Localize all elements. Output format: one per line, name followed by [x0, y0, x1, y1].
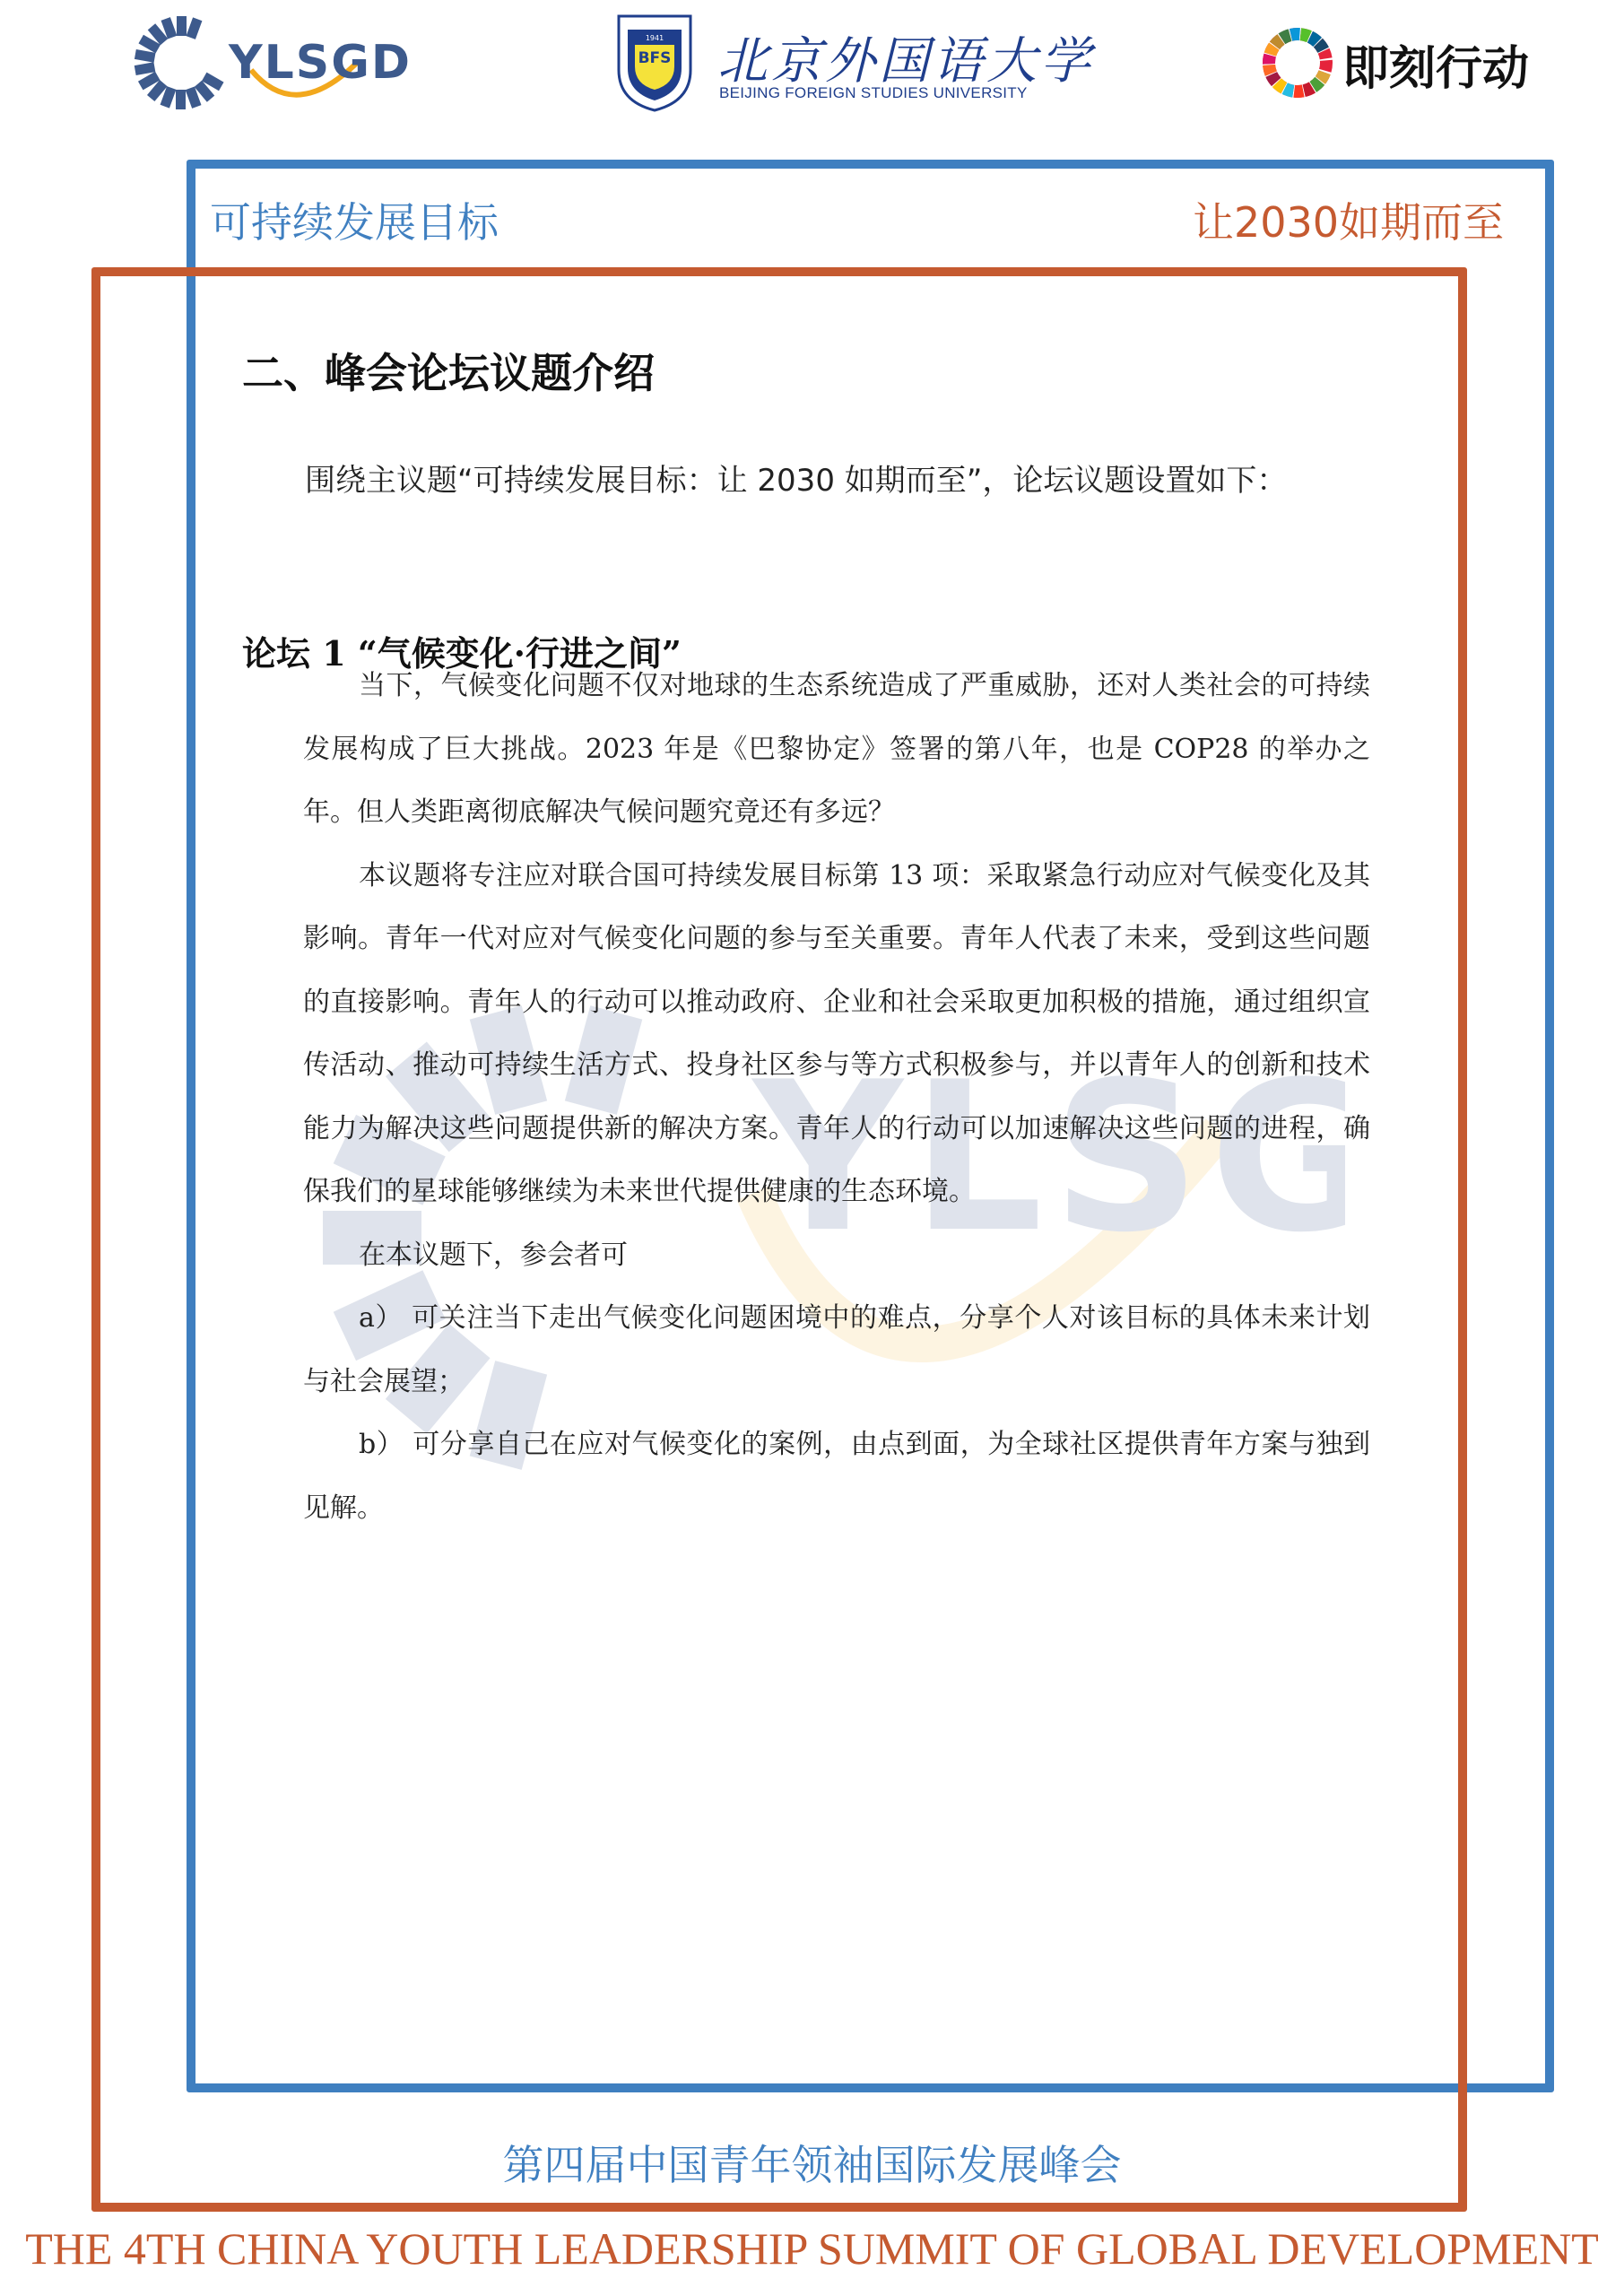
footer-title-en: THE 4TH CHINA YOUTH LEADERSHIP SUMMIT OF… — [0, 2222, 1624, 2274]
paragraph: 在本议题下，参会者可 — [303, 1224, 1370, 1288]
section-title: 二、峰会论坛议题介绍 — [242, 341, 655, 400]
intro-text: 围绕主议题“可持续发展目标：让 2030 如期而至”，论坛议题设置如下： — [305, 456, 1287, 500]
2030-tagline: 让2030如期而至 — [1193, 190, 1504, 249]
sdg-act-now-logo: 即刻行动 — [1260, 18, 1547, 108]
sdg-tagline: 可持续发展目标 — [210, 190, 499, 249]
bfsu-name-en: BEIJING FOREIGN STUDIES UNIVERSITY — [719, 84, 1028, 102]
forum-body: 当下，气候变化问题不仅对地球的生态系统造成了严重威胁，还对人类社会的可持续发展构… — [303, 655, 1370, 1540]
sdg-wheel-icon — [1260, 25, 1335, 100]
footer-title-cn: 第四届中国青年领袖国际发展峰会 — [0, 2133, 1624, 2192]
paragraph: 当下，气候变化问题不仅对地球的生态系统造成了严重威胁，还对人类社会的可持续发展构… — [303, 655, 1370, 845]
svg-text:1941: 1941 — [646, 34, 664, 42]
list-item-b: b） 可分享自己在应对气候变化的案例，由点到面，为全球社区提供青年方案与独到见解… — [303, 1413, 1370, 1540]
paragraph: 本议题将专注应对联合国可持续发展目标第 13 项：采取紧急行动应对气候变化及其影… — [303, 845, 1370, 1224]
ylsgd-logo-text: YLSGD — [229, 36, 412, 90]
bfsu-name-cn: 北京外国语大学 — [717, 22, 1094, 93]
bfsu-logo: BFS 1941 北京外国语大学 BEIJING FOREIGN STUDIES… — [610, 7, 1076, 115]
svg-text:BFS: BFS — [638, 49, 672, 67]
bfsu-badge-icon: BFS 1941 — [610, 7, 699, 115]
sdg-act-now-text: 即刻行动 — [1342, 30, 1529, 98]
list-item-a: a） 可关注当下走出气候变化问题困境中的难点，分享个人对该目标的具体未来计划与社… — [303, 1287, 1370, 1413]
ylsgd-logo: YLSGD — [126, 7, 413, 115]
